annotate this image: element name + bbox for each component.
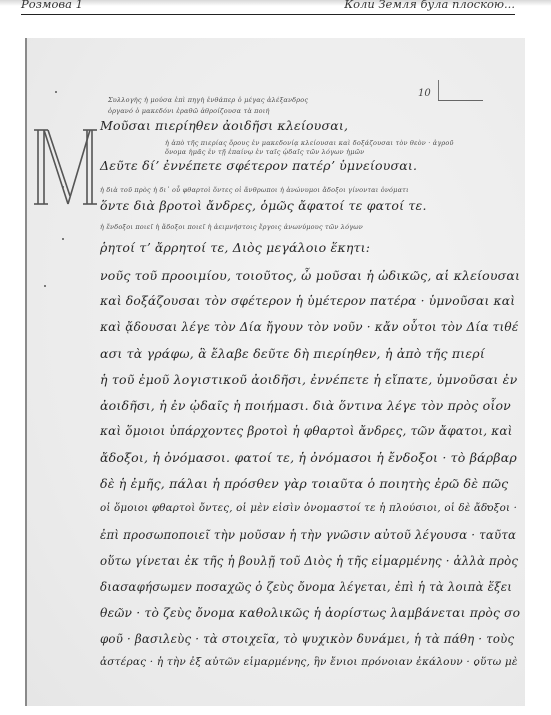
running-header: Розмова 1 Коли Земля була плоскою... xyxy=(21,0,515,15)
manuscript-line: Δεῦτε δίʼ ἐννέπετε σφέτερον πατέρʼ ὑμνεί… xyxy=(100,158,417,173)
gloss-line: ἡ διὰ τοῦ πρὸς ἡ δι᾽ οὗ φθαρτοὶ ὄντες οἱ… xyxy=(100,186,409,194)
manuscript-line: ἄδοξοι, ἡ ὀνόμασοι. φατοί τε, ἡ ὀνόμασοι… xyxy=(100,450,517,465)
running-header-left: Розмова 1 xyxy=(21,0,83,9)
ink-speck xyxy=(55,91,57,93)
ink-speck xyxy=(44,285,46,287)
running-header-right: Коли Земля була плоскою... xyxy=(344,0,515,9)
manuscript-line: φοῦ · βασιλεὺς · τὰ στοιχεῖα, τὸ ψυχικὸν… xyxy=(100,632,514,646)
manuscript-line: καὶ δοξάζουσαι τὸν σφέτερον ἡ ὑμέτερον π… xyxy=(100,294,515,308)
manuscript-line: Μοῦσαι πιερίηθεν ἀοιδῆσι κλείουσαι, xyxy=(100,118,348,133)
manuscript-line: καὶ ᾄδουσαι λέγε τὸν Δία ἤγουν τὸν νοῦν … xyxy=(100,320,518,334)
manuscript-line: ὅντε διὰ βροτοὶ ἄνδρες, ὁμῶς ἄφατοί τε φ… xyxy=(100,198,427,213)
gloss-line: ἡ ἔνδοξοι ποιεῖ ἡ ἄδοξοι ποιεῖ ἡ ἀειμνήσ… xyxy=(100,223,363,231)
manuscript-line: δὲ ἡ ἐμῆς, πάλαι ἡ πρόσθεν γὰρ τοιαῦτα ὁ… xyxy=(100,476,508,491)
manuscript-line: οἱ ὅμοιοι φθαρτοὶ ὄντες, οἱ μὲν εἰσὶν ὀν… xyxy=(100,502,517,514)
manuscript-line: ῥητοί τʼ ἄρρητοί τε, Διὸς μεγάλοιο ἕκητι… xyxy=(100,240,370,255)
gloss-line: ἡ ἀπὸ τῆς πιερίας ὄρους ἐν μακεδονίᾳ κλε… xyxy=(165,139,454,147)
initial-capital-m-icon xyxy=(32,126,98,208)
manuscript-line: διασαφήσωμεν ποσαχῶς ὁ ζεὺς ὄνομα λέγετα… xyxy=(100,580,512,594)
ink-speck xyxy=(62,238,64,240)
manuscript-line: ἐπὶ προσωποποιεῖ τὴν μοῦσαν ἡ τὴν γνῶσιν… xyxy=(100,528,516,542)
gloss-line: ὀργανό ὁ μακεδόνι ἐραθῶ ἀθροίζουσα τὰ πο… xyxy=(108,107,270,115)
manuscript-line: ασι τὰ γράφω, ἃ ἔλαβε δεῦτε δὴ πιερίηθεν… xyxy=(100,346,485,361)
gloss-line: ὄνομα ἡμᾶς ἐν τῇ ἐπαίνῳ ἐν ταῖς ᾠδαῖς τῶ… xyxy=(165,148,364,156)
manuscript-line: καὶ ὅμοιοι ὑπάρχοντες βροτοὶ ἡ φθαρτοὶ ἄ… xyxy=(100,424,513,438)
manuscript-line: οὕτω γίνεται ἐκ τῆς ἡ βουλῇ τοῦ Διὸς ἡ τ… xyxy=(100,554,518,568)
manuscript-line: θεῶν · τὸ ζεὺς ὄνομα καθολικῶς ἡ ἀορίστω… xyxy=(100,606,520,620)
folio-rule xyxy=(438,100,483,101)
gloss-line: Συλλογὴς ἡ μούσα ἐπὶ πηγὴ ἐνθάπερ ὁ μέγα… xyxy=(108,96,308,104)
folio-number: 10 xyxy=(418,88,458,99)
manuscript-line: ἡ τοῦ ἐμοῦ λογιστικοῦ ἀοιδῆσι, ἐννέπετε … xyxy=(100,372,517,387)
manuscript-line: ἀστέρας · ἡ τὴν ἐξ αὐτῶν εἱμαρμένης, ἣν … xyxy=(100,656,518,668)
manuscript-line: νοῦς τοῦ προοιμίου, τοιοῦτος, ὦ μοῦσαι ἡ… xyxy=(100,268,520,283)
manuscript-line: ἀοιδῆσι, ἡ ἐν ᾠδαῖς ἡ ποιήμασι. διὰ ὅντι… xyxy=(100,398,511,413)
